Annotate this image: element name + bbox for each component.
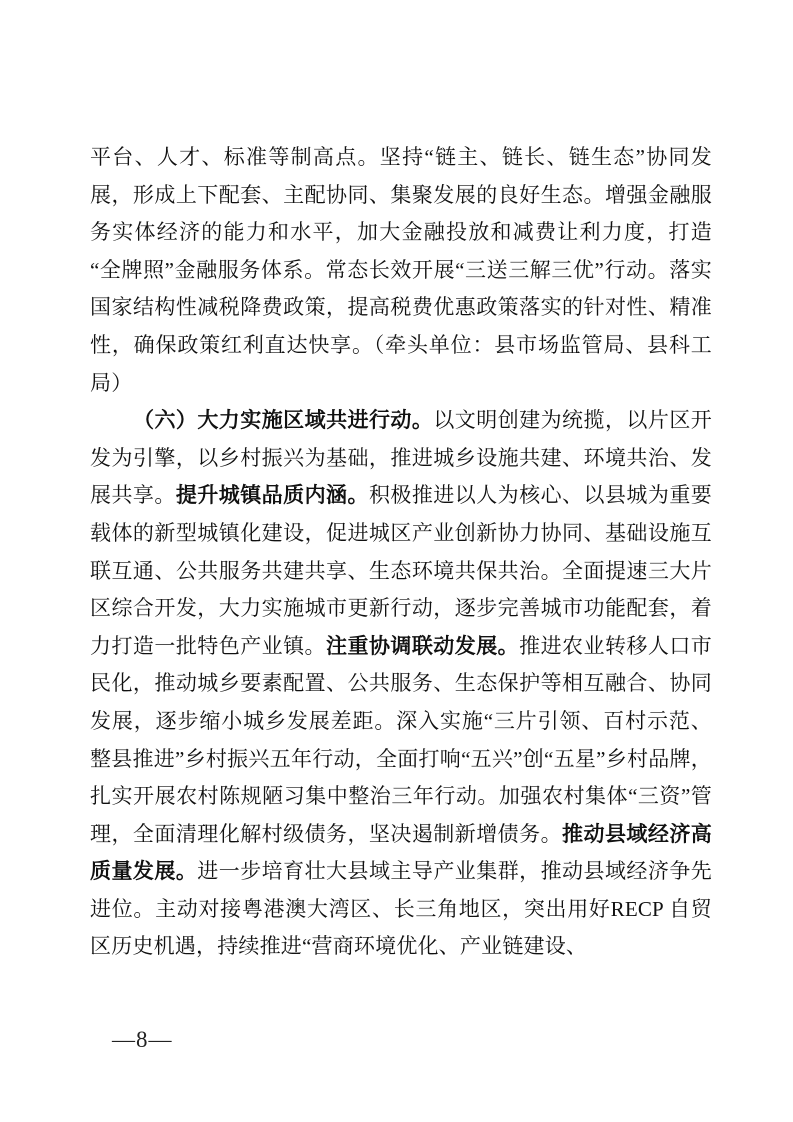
bold-text-segment: （六）大力实施区域共进行动。 (133, 408, 433, 432)
paragraph: 平台、人才、标准等制高点。坚持“链主、链长、链生态”协同发展，形成上下配套、主配… (90, 139, 712, 402)
bold-text-segment: 注重协调联动发展。 (326, 634, 519, 658)
document-body: 平台、人才、标准等制高点。坚持“链主、链长、链生态”协同发展，形成上下配套、主配… (90, 139, 712, 966)
text-segment: 平台、人才、标准等制高点。坚持“链主、链长、链生态”协同发展，形成上下配套、主配… (90, 145, 712, 395)
text-segment: 积极推进以人为核心、以县城为重要载体的新型城镇化建设，促进城区产业创新协力协同、… (90, 483, 712, 657)
page-number: —8— (112, 1026, 173, 1054)
bold-text-segment: 提升城镇品质内涵。 (176, 483, 369, 507)
document-page: 平台、人才、标准等制高点。坚持“链主、链长、链生态”协同发展，形成上下配套、主配… (0, 0, 793, 1122)
paragraph: （六）大力实施区域共进行动。以文明创建为统揽，以片区开发为引擎，以乡村振兴为基础… (90, 402, 712, 966)
text-segment: 推进农业转移人口市民化，推动城乡要素配置、公共服务、生态保护等相互融合、协同发展… (90, 634, 712, 846)
